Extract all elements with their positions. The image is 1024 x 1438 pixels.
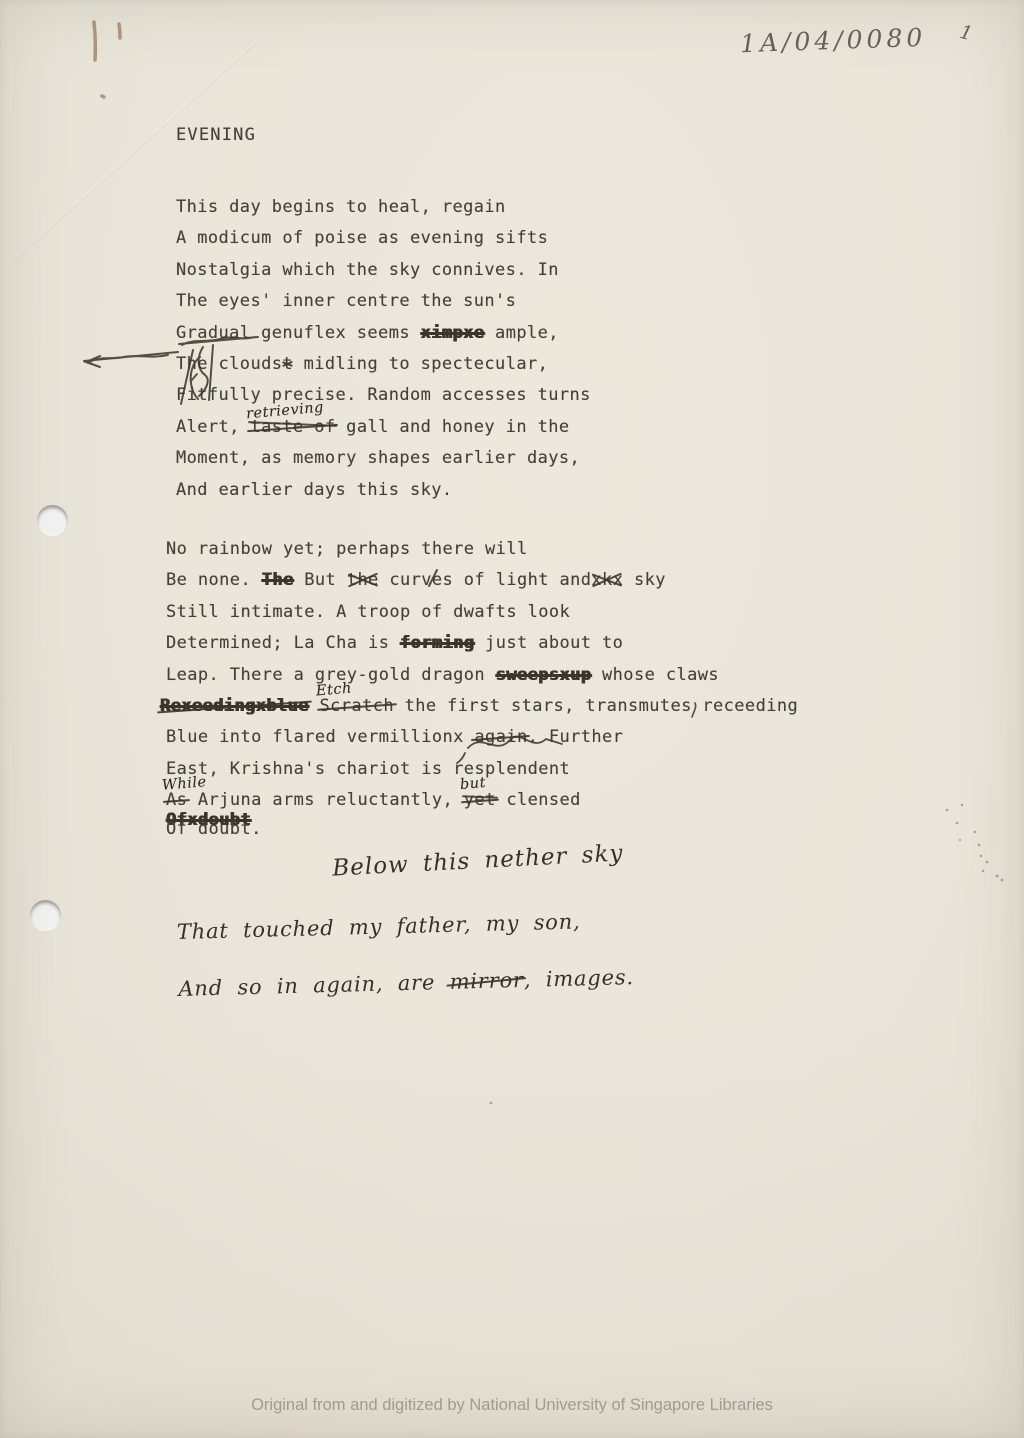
archival-number: 1A/04/0080 [740,23,927,58]
poem-line: Ofxdoubt [166,810,798,819]
paper-crease [0,698,72,704]
poem-line: Be none. The But the curves of light and… [166,570,798,601]
handwritten-line: Below this nether sky [332,840,626,912]
poem-line: And earlier days this sky. [176,480,591,511]
poem-line: Alert, taste ofretrieving gall and honey… [176,417,591,448]
poem-line: Blue into flared vermillionx again. Furt… [166,727,798,758]
poem-line: A modicum of poise as evening sifts [176,228,591,259]
handwritten-stanza: That touched my father, my son,And so in… [177,908,635,1034]
page-number: 1 [958,21,975,45]
rust-marks [94,22,120,97]
library-watermark: Original from and digitized by National … [0,1396,1024,1415]
hole-punch [30,900,61,931]
poem-line: And so in again, are mirror, images. [178,965,635,1034]
poem-line: Gradual genuflex seems ximpxe ample, [176,323,591,354]
poem-line: Leap. There a grey-gold dragon sweepsxup… [166,665,798,696]
handwritten-annotation: but [459,775,486,793]
poem-line: Fitfully precise. Random accesses turns [176,385,591,416]
poem-line: Moment, as memory shapes earlier days, [176,448,591,479]
poem-line: Of doubt. [166,819,798,850]
margin-scribble-struck [84,352,178,367]
poem-title: EVENING [176,125,256,145]
handwritten-annotation: Etch [315,680,352,699]
poem-line: Determined; La Cha is forming just about… [166,633,798,664]
poem-line: Nostalgia which the sky connives. In [176,260,591,291]
hole-punch [37,505,68,536]
poem-line: The cloudst midling to spectecular, [176,354,591,385]
poem-line: The eyes' inner centre the sun's [176,291,591,322]
poem-line: No rainbow yet; perhaps there will [166,539,798,570]
poem-stanza-1: This day begins to heal, regainA modicum… [176,197,591,511]
poem-line: Rexeedingxblue ScratchEtch the first sta… [160,696,798,727]
scanned-manuscript-page: 1A/04/0080 1 EVENING This day begins to … [0,0,1024,1438]
poem-line: This day begins to heal, regain [176,197,591,228]
poem-line: Still intimate. A troop of dwafts look [166,602,798,633]
poem-line: Below this nether sky [332,840,626,912]
poem-stanza-2: No rainbow yet; perhaps there willBe non… [166,539,798,851]
